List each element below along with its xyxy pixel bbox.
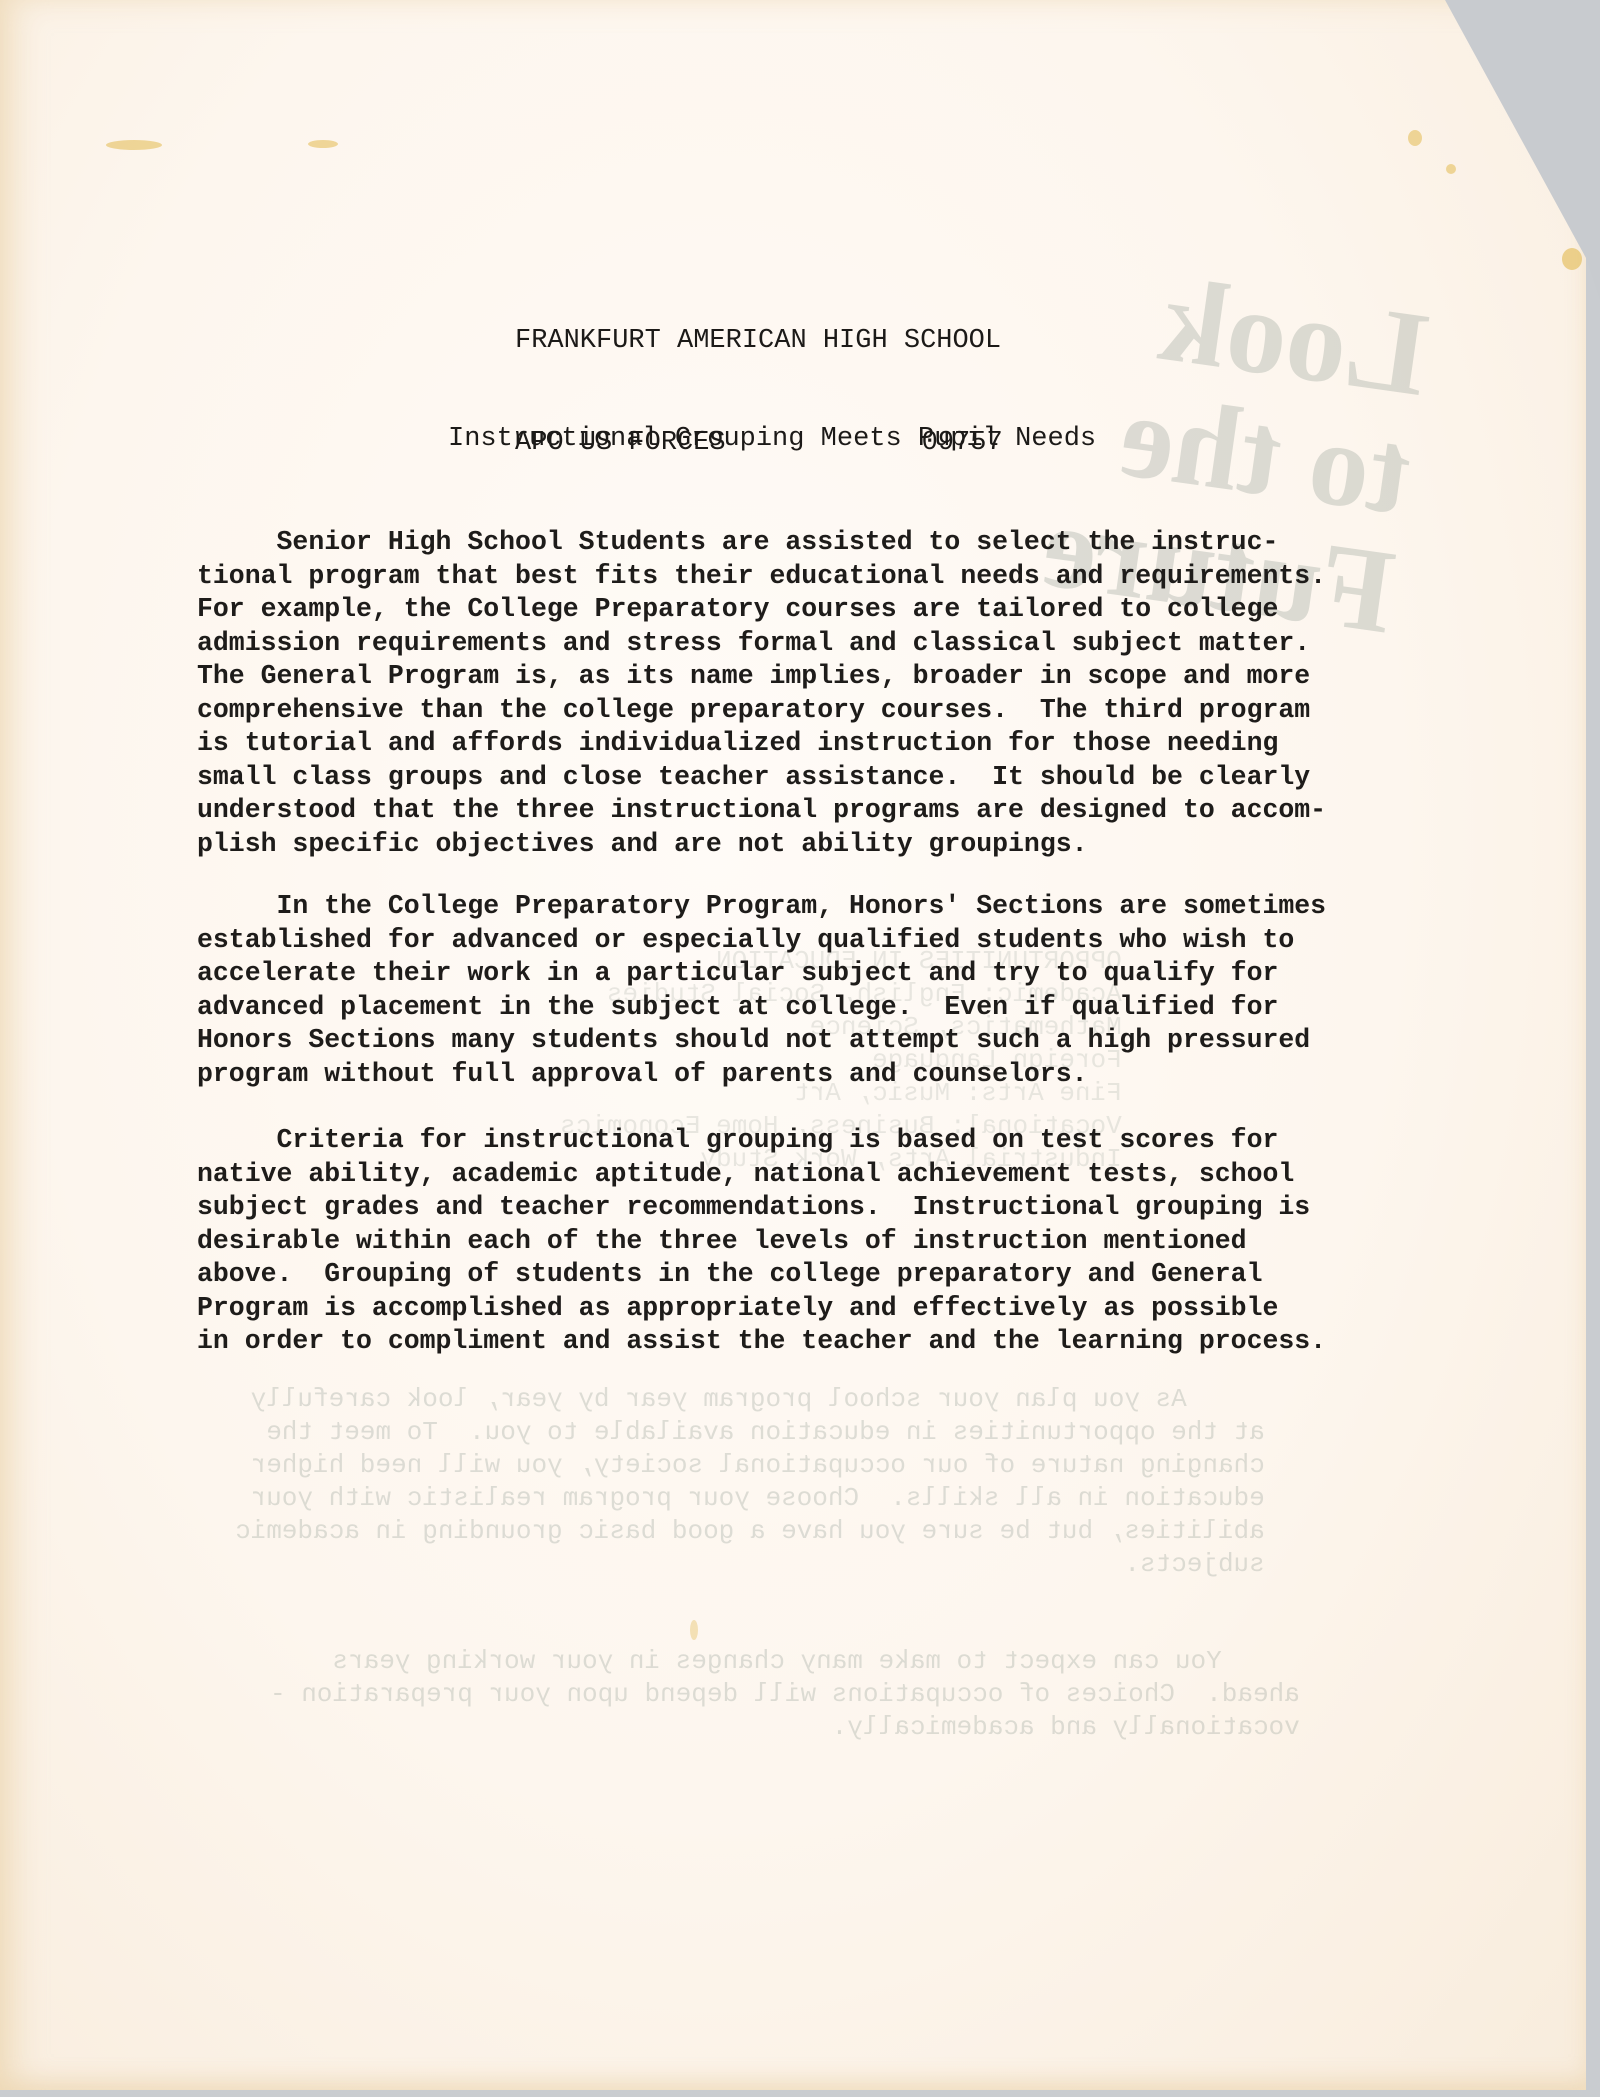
bleed-through-block: You can expect to make many changes in y… bbox=[270, 1645, 1300, 1744]
text-line: In the College Preparatory Program, Hono… bbox=[197, 890, 1326, 924]
text-line: understood that the three instructional … bbox=[197, 794, 1326, 828]
bleed-line: You can expect to make many changes in y… bbox=[270, 1645, 1300, 1678]
text-line: in order to compliment and assist the te… bbox=[197, 1325, 1326, 1359]
paragraph-1: Senior High School Students are assisted… bbox=[197, 526, 1326, 861]
text-line: above. Grouping of students in the colle… bbox=[197, 1258, 1326, 1292]
paragraph-3: Criteria for instructional grouping is b… bbox=[197, 1124, 1326, 1359]
text-line: established for advanced or especially q… bbox=[197, 924, 1326, 958]
text-line: small class groups and close teacher ass… bbox=[197, 761, 1326, 795]
paper-sheet: Look to the Future OPPORTUNITIES IN EDUC… bbox=[0, 0, 1586, 2090]
text-line: tional program that best fits their educ… bbox=[197, 560, 1326, 594]
stain bbox=[1562, 248, 1582, 270]
bleed-through-block: As you plan your school program year by … bbox=[235, 1383, 1265, 1581]
bleed-line: subjects. bbox=[235, 1548, 1265, 1581]
text-line: subject grades and teacher recommendatio… bbox=[197, 1191, 1326, 1225]
text-line: native ability, academic aptitude, natio… bbox=[197, 1158, 1326, 1192]
stain bbox=[690, 1620, 698, 1640]
text-line: Senior High School Students are assisted… bbox=[197, 526, 1326, 560]
stain bbox=[1446, 164, 1456, 174]
text-line: Program is accomplished as appropriately… bbox=[197, 1292, 1326, 1326]
bleed-line: As you plan your school program year by … bbox=[235, 1383, 1265, 1416]
stain bbox=[308, 140, 338, 148]
text-line: is tutorial and affords individualized i… bbox=[197, 727, 1326, 761]
bleed-line: education in all skills. Choose your pro… bbox=[235, 1482, 1265, 1515]
document-title: Instructional Grouping Meets Pupil Needs bbox=[448, 423, 1096, 457]
text-line: desirable within each of the three level… bbox=[197, 1225, 1326, 1259]
bleed-line: at the opportunities in education availa… bbox=[235, 1416, 1265, 1449]
text-line: admission requirements and stress formal… bbox=[197, 627, 1326, 661]
school-name: FRANKFURT AMERICAN HIGH SCHOOL bbox=[515, 324, 1003, 358]
text-line: For example, the College Preparatory cou… bbox=[197, 593, 1326, 627]
letterhead: FRANKFURT AMERICAN HIGH SCHOOL APO US FO… bbox=[515, 256, 1003, 528]
text-line: The General Program is, as its name impl… bbox=[197, 660, 1326, 694]
text-line: accelerate their work in a particular su… bbox=[197, 957, 1326, 991]
text-line: advanced placement in the subject at col… bbox=[197, 991, 1326, 1025]
bleed-line: ahead. Choices of occupations will depen… bbox=[270, 1678, 1300, 1711]
stain bbox=[1408, 130, 1422, 146]
bleed-line: abilities, but be sure you have a good b… bbox=[235, 1515, 1265, 1548]
text-line: plish specific objectives and are not ab… bbox=[197, 828, 1326, 862]
text-line: Criteria for instructional grouping is b… bbox=[197, 1124, 1326, 1158]
text-line: program without full approval of parents… bbox=[197, 1058, 1326, 1092]
text-line: comprehensive than the college preparato… bbox=[197, 694, 1326, 728]
text-line: Honors Sections many students should not… bbox=[197, 1024, 1326, 1058]
bleed-line: changing nature of our occupational soci… bbox=[235, 1449, 1265, 1482]
bleed-line: vocationally and academically. bbox=[270, 1711, 1300, 1744]
paragraph-2: In the College Preparatory Program, Hono… bbox=[197, 890, 1326, 1091]
stain bbox=[106, 140, 162, 150]
